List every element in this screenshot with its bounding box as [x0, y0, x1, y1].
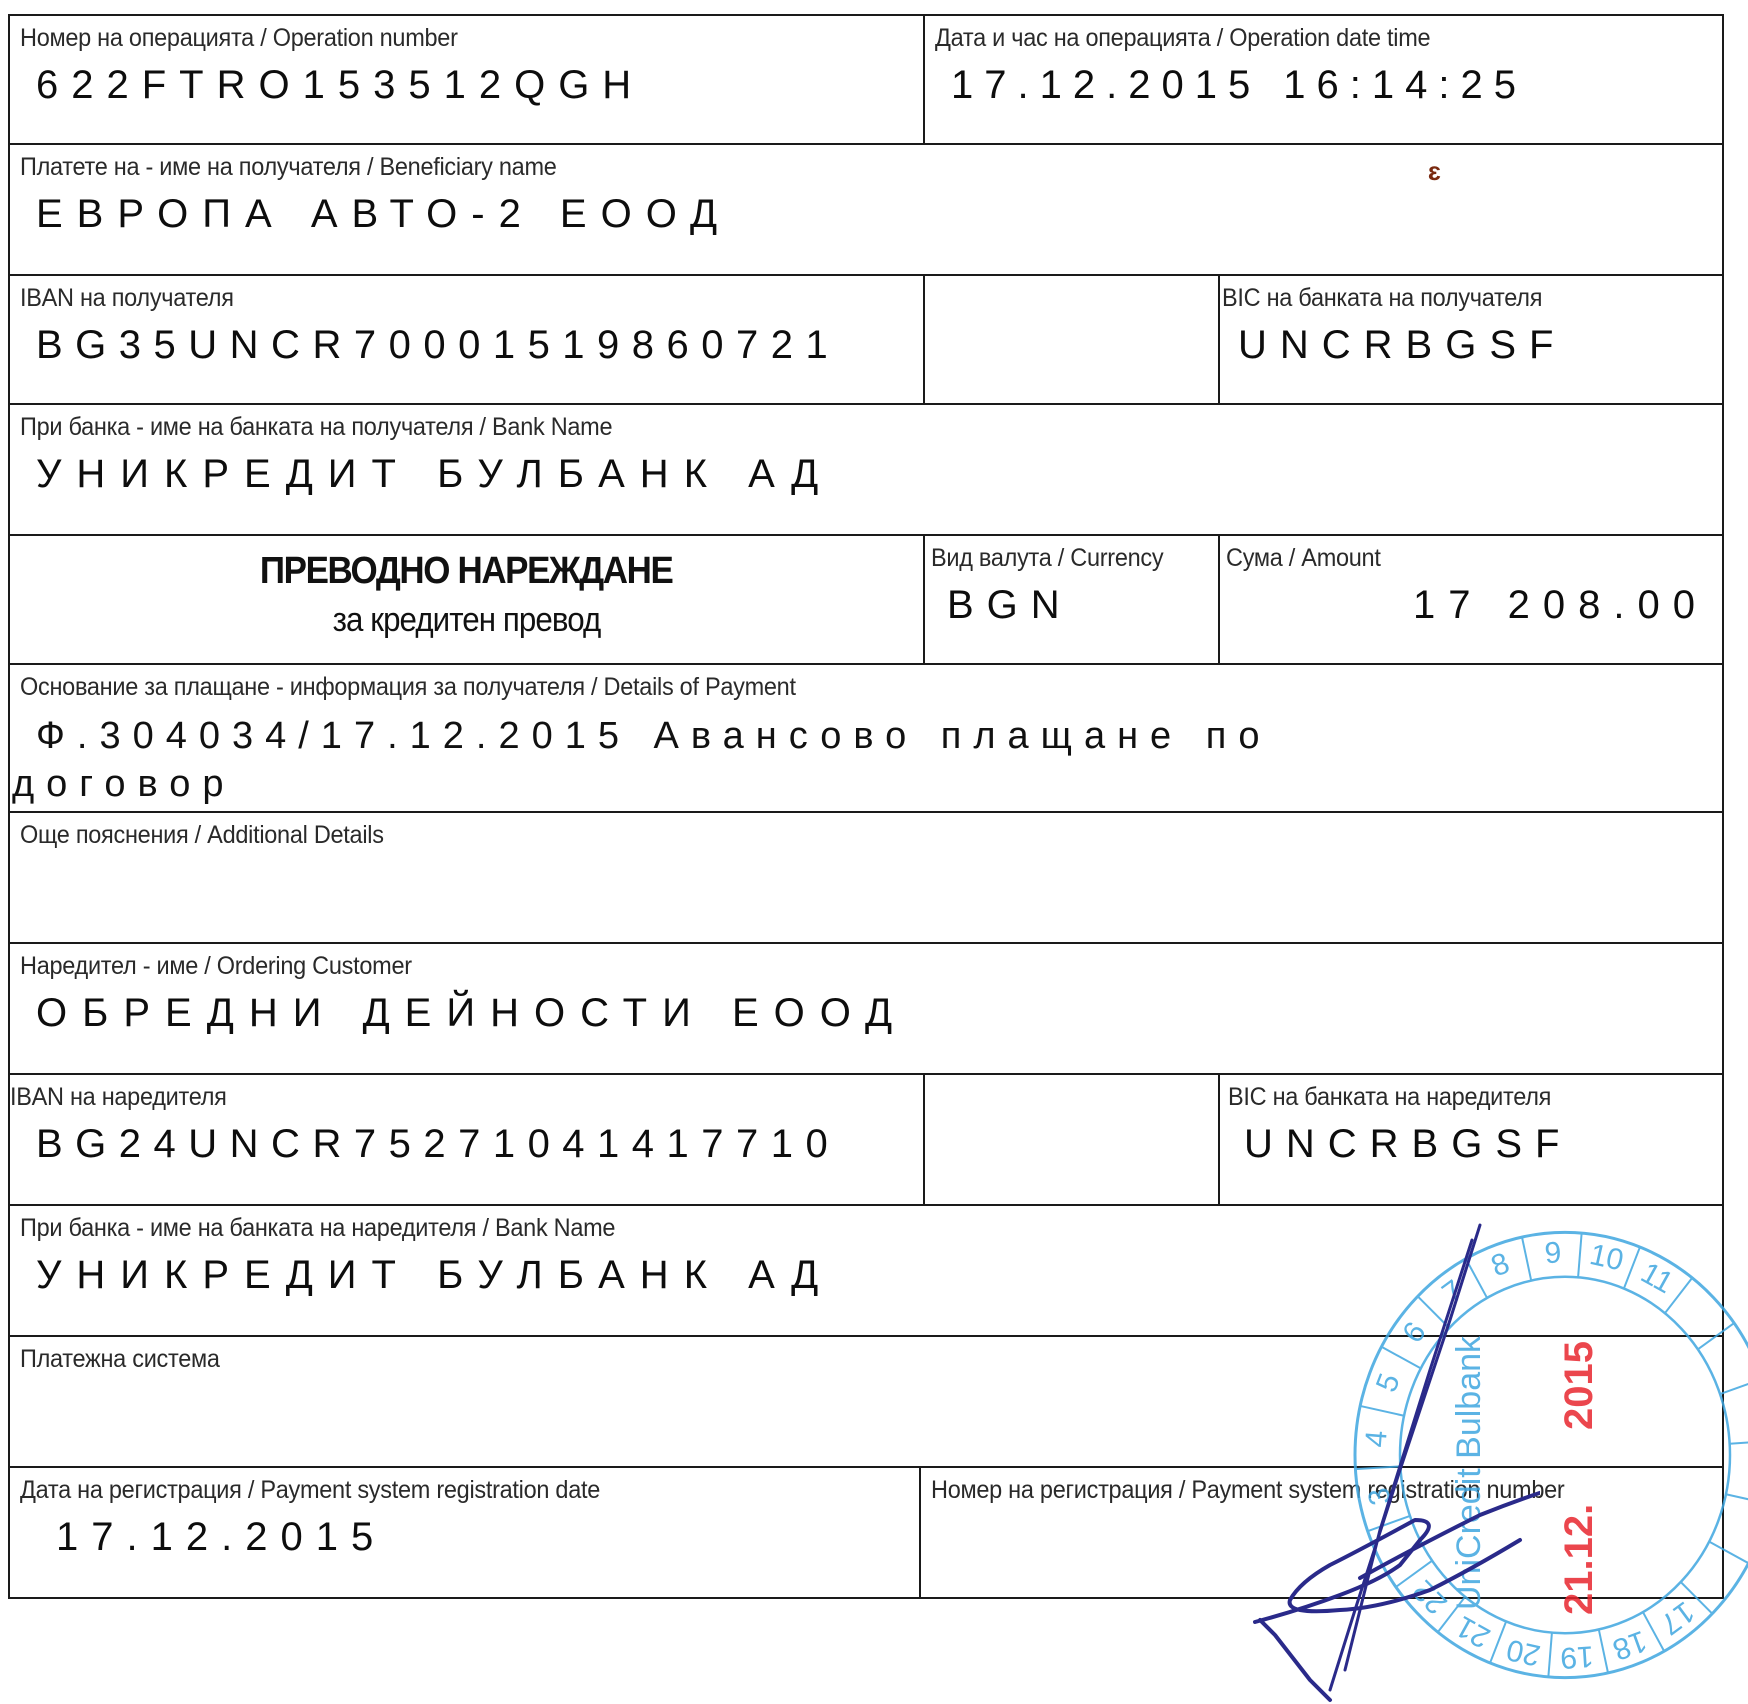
- payment-details: Ф.304034/17.12.2015 Авансово плащане по …: [20, 712, 1722, 808]
- beneficiary-bank: УНИКРЕДИТ БУЛБАНК АД: [20, 452, 1722, 497]
- operation-number: 622FTRO153512QGH: [20, 63, 923, 108]
- registration-number-label: Номер на регистрация / Payment system re…: [931, 1476, 1564, 1505]
- ordering-iban: BG24UNCR75271041417710: [10, 1122, 923, 1167]
- beneficiary-name-cell: Платете на - име на получателя / Benefic…: [10, 145, 1722, 274]
- document-subtitle: за кредитен превод: [333, 601, 601, 640]
- beneficiary-bank-label: При банка - име на банката на получателя…: [20, 413, 612, 442]
- ordering-customer-cell: Наредител - име / Ordering Customer ОБРЕ…: [10, 944, 1722, 1073]
- beneficiary-bic-label: BIC на банката на получателя: [1222, 284, 1542, 313]
- beneficiary-bank-cell: При банка - име на банката на получателя…: [10, 405, 1722, 534]
- svg-text:19: 19: [1559, 1639, 1594, 1674]
- registration-number-cell: Номер на регистрация / Payment system re…: [919, 1468, 1722, 1597]
- payment-system-label: Платежна система: [20, 1345, 220, 1374]
- ordering-customer-row: Наредител - име / Ordering Customer ОБРЕ…: [8, 942, 1724, 1073]
- currency: BGN: [931, 583, 1218, 628]
- beneficiary-name-label: Платете на - име на получателя / Benefic…: [20, 153, 557, 182]
- empty-cell: [923, 276, 1218, 403]
- beneficiary-iban-row: IBAN на получателя BG35UNCR7000151986072…: [8, 274, 1724, 403]
- ordering-bank-row: При банка - име на банката на наредителя…: [8, 1204, 1724, 1335]
- payment-system-cell: Платежна система: [10, 1337, 1722, 1466]
- operation-row: Номер на операцията / Operation number 6…: [8, 14, 1724, 143]
- ordering-customer-name: ОБРЕДНИ ДЕЙНОСТИ ЕООД: [20, 991, 1722, 1036]
- title-amount-row: ПРЕВОДНО НАРЕЖДАНЕ за кредитен превод Ви…: [8, 534, 1724, 663]
- operation-number-cell: Номер на операцията / Operation number 6…: [10, 16, 923, 143]
- document-title: ПРЕВОДНО НАРЕЖДАНЕ: [260, 550, 673, 593]
- additional-details-label: Още пояснения / Additional Details: [20, 821, 384, 850]
- empty-cell: [923, 1075, 1218, 1204]
- payment-details-line1: Ф.304034/17.12.2015 Авансово плащане по: [36, 715, 1271, 757]
- ordering-iban-cell: IBAN на наредителя BG24UNCR7527104141771…: [10, 1075, 923, 1204]
- ordering-iban-row: IBAN на наредителя BG24UNCR7527104141771…: [8, 1073, 1724, 1204]
- beneficiary-name: ЕВРОПА АВТО-2 ЕООД: [20, 192, 1722, 237]
- registration-date-cell: Дата на регистрация / Payment system reg…: [10, 1468, 919, 1597]
- ordering-customer-label: Наредител - име / Ordering Customer: [20, 952, 412, 981]
- ordering-bic: UNCRBGSF: [1228, 1122, 1722, 1167]
- ordering-bank-cell: При банка - име на банката на наредителя…: [10, 1206, 1722, 1335]
- beneficiary-bic: UNCRBGSF: [1222, 323, 1722, 368]
- beneficiary-iban-cell: IBAN на получателя BG35UNCR7000151986072…: [10, 276, 923, 403]
- additional-details-cell: Още пояснения / Additional Details: [10, 813, 1722, 942]
- svg-text:18: 18: [1608, 1624, 1651, 1666]
- beneficiary-bic-cell: BIC на банката на получателя UNCRBGSF: [1218, 276, 1722, 403]
- operation-datetime: 17.12.2015 16:14:25: [935, 63, 1722, 108]
- ordering-bank-label: При банка - име на банката на наредителя…: [20, 1214, 615, 1243]
- svg-text:21: 21: [1450, 1609, 1495, 1654]
- svg-text:20: 20: [1503, 1632, 1543, 1672]
- ordering-bank: УНИКРЕДИТ БУЛБАНК АД: [20, 1253, 1722, 1298]
- ordering-bic-cell: BIC на банката на наредителя UNCRBGSF: [1218, 1075, 1722, 1204]
- amount-cell: Сума / Amount 17 208.00: [1218, 536, 1722, 663]
- payment-details-row: Основание за плащане - информация за пол…: [8, 663, 1724, 811]
- beneficiary-iban: BG35UNCR70001519860721: [20, 323, 923, 368]
- payment-details-label: Основание за плащане - информация за пол…: [20, 673, 796, 702]
- payment-details-line2: договор: [12, 760, 1722, 808]
- additional-details-row: Още пояснения / Additional Details: [8, 811, 1724, 942]
- registration-date: 17.12.2015: [20, 1515, 919, 1560]
- currency-cell: Вид валута / Currency BGN: [923, 536, 1218, 663]
- amount: 17 208.00: [1226, 583, 1722, 628]
- beneficiary-iban-label: IBAN на получателя: [20, 284, 234, 313]
- document-title-cell: ПРЕВОДНО НАРЕЖДАНЕ за кредитен превод: [10, 536, 923, 663]
- amount-label: Сума / Amount: [1226, 544, 1381, 573]
- ordering-bic-label: BIC на банката на наредителя: [1228, 1083, 1551, 1112]
- payment-system-row: Платежна система: [8, 1335, 1724, 1466]
- operation-number-label: Номер на операцията / Operation number: [20, 24, 458, 53]
- registration-date-label: Дата на регистрация / Payment system reg…: [20, 1476, 600, 1505]
- beneficiary-bank-row: При банка - име на банката на получателя…: [8, 403, 1724, 534]
- ink-mark: ɛ: [1428, 156, 1441, 187]
- operation-datetime-cell: Дата и час на операцията / Operation dat…: [923, 16, 1722, 143]
- payment-details-cell: Основание за плащане - информация за пол…: [10, 665, 1722, 811]
- svg-text:17: 17: [1654, 1595, 1700, 1641]
- ordering-iban-label: IBAN на наредителя: [10, 1083, 227, 1112]
- operation-datetime-label: Дата и час на операцията / Operation dat…: [935, 24, 1430, 53]
- currency-label: Вид валута / Currency: [931, 544, 1163, 573]
- payment-order-form: Номер на операцията / Operation number 6…: [8, 14, 1724, 1599]
- beneficiary-name-row: Платете на - име на получателя / Benefic…: [8, 143, 1724, 274]
- registration-row: Дата на регистрация / Payment system reg…: [8, 1466, 1724, 1599]
